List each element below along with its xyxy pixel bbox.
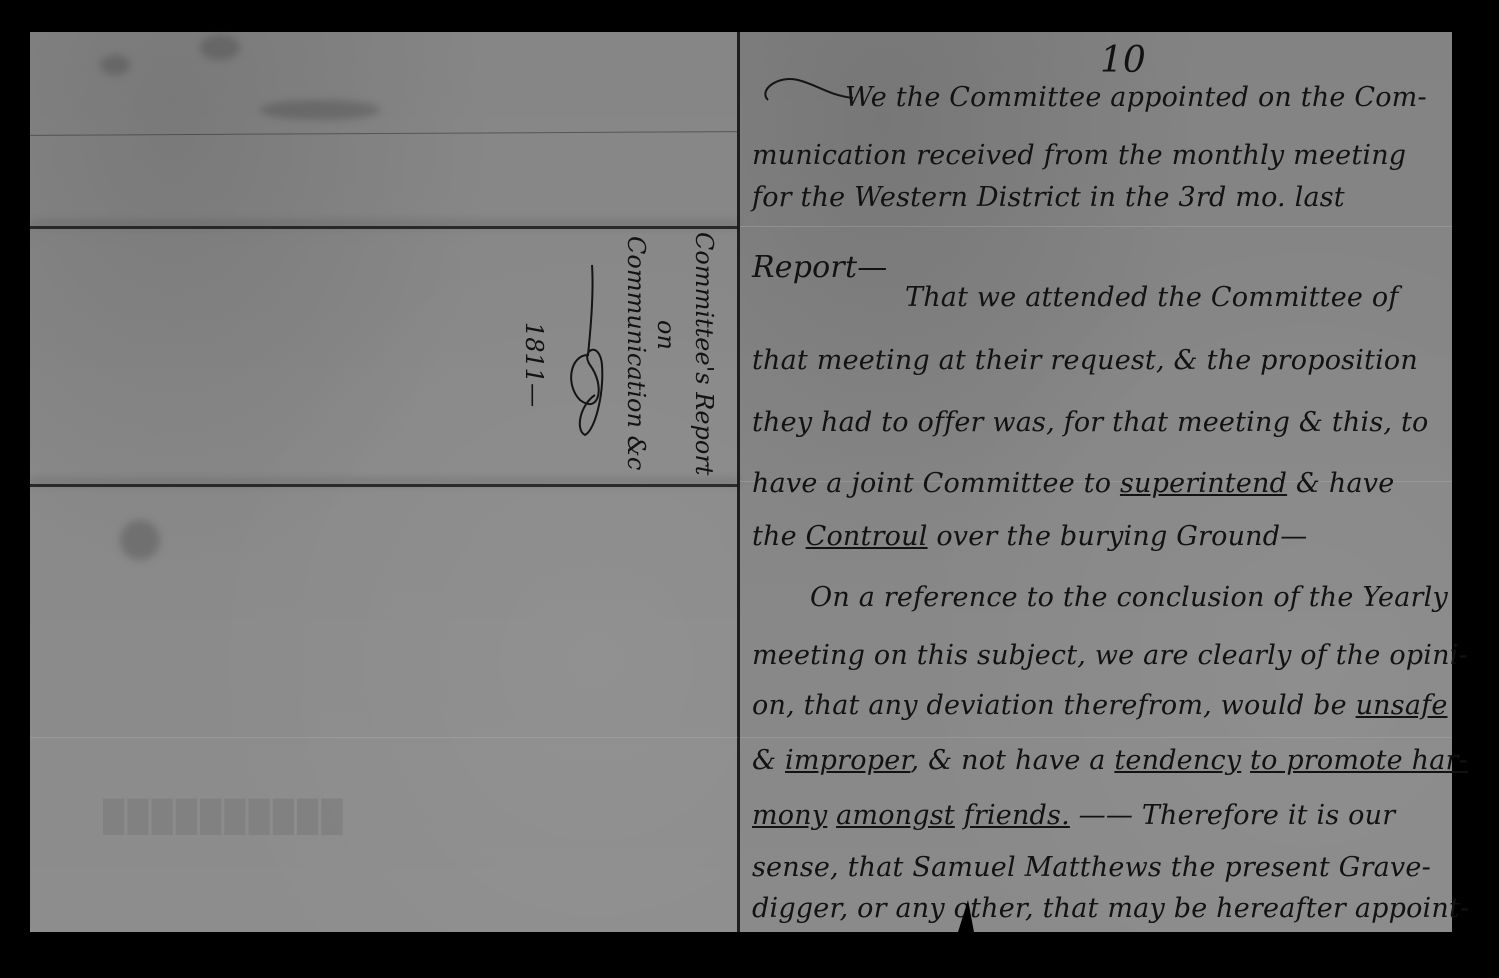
underlined-word: improper [785, 745, 911, 776]
docket-subject: Communication &c [622, 236, 650, 470]
stain [200, 35, 240, 60]
docket-flourish-icon [560, 255, 620, 445]
line-text [955, 800, 964, 831]
docket-year: 1811— [520, 322, 548, 407]
line-text: —— Therefore it is our [1070, 800, 1395, 831]
manuscript-line: That we attended the Committee of [905, 282, 1399, 313]
docket-on: on [652, 320, 680, 350]
underlined-word: amongst [836, 800, 955, 831]
underlined-word: to promote har- [1250, 745, 1468, 776]
paper-tear [958, 900, 974, 932]
manuscript-line: they had to offer was, for that meeting … [752, 407, 1428, 438]
manuscript-line: for the Western District in the 3rd mo. … [752, 182, 1345, 213]
underlined-word: friends. [964, 800, 1070, 831]
fold-line [30, 484, 738, 487]
manuscript-line: have a joint Committee to superintend & … [752, 468, 1394, 499]
manuscript-line: digger, or any other, that may be hereaf… [752, 893, 1469, 924]
stain [260, 100, 380, 120]
line-text [827, 800, 836, 831]
line-text: have a joint Committee to [752, 468, 1120, 499]
left-panel-verso [30, 32, 738, 932]
manuscript-line: & improper, & not have a tendency to pro… [752, 745, 1468, 776]
fold-line [740, 226, 1452, 227]
manuscript-line: the Controul over the burying Ground— [752, 521, 1307, 552]
stain [100, 55, 130, 75]
line-text: & have [1287, 468, 1394, 499]
manuscript-line: munication received from the monthly mee… [752, 140, 1406, 171]
line-text: on, that any deviation therefrom, would … [752, 690, 1356, 721]
manuscript-line: mony amongst friends. —— Therefore it is… [752, 800, 1395, 831]
stain [120, 520, 160, 560]
underlined-word: superintend [1120, 468, 1287, 499]
manuscript-scan: ██████████ Committee's Report on Communi… [0, 0, 1499, 978]
manuscript-line: on, that any deviation therefrom, would … [752, 690, 1448, 721]
line-text: over the burying Ground— [928, 521, 1308, 552]
underlined-word: unsafe [1356, 690, 1448, 721]
opening-flourish-icon [758, 70, 858, 110]
manuscript-line: that meeting at their request, & the pro… [752, 345, 1418, 376]
line-text: & [752, 745, 785, 776]
center-seam [737, 32, 740, 932]
line-text: , & not have a [911, 745, 1115, 776]
report-heading: Report— [752, 250, 887, 285]
fold-line [30, 226, 738, 229]
manuscript-line: We the Committee appointed on the Com- [845, 82, 1427, 113]
fold-line [30, 737, 738, 738]
page-number: 10 [1100, 40, 1146, 81]
underlined-word: Controul [806, 521, 928, 552]
line-text: the [752, 521, 806, 552]
line-text [1241, 745, 1250, 776]
manuscript-line: meeting on this subject, we are clearly … [752, 640, 1468, 671]
docket-title: Committee's Report [690, 232, 718, 475]
bleed-through-stamp: ██████████ [100, 800, 343, 834]
underlined-word: mony [752, 800, 827, 831]
underlined-word: tendency [1114, 745, 1241, 776]
manuscript-line: On a reference to the conclusion of the … [810, 582, 1448, 613]
manuscript-line: sense, that Samuel Matthews the present … [752, 852, 1431, 883]
fold-line [740, 737, 1452, 738]
